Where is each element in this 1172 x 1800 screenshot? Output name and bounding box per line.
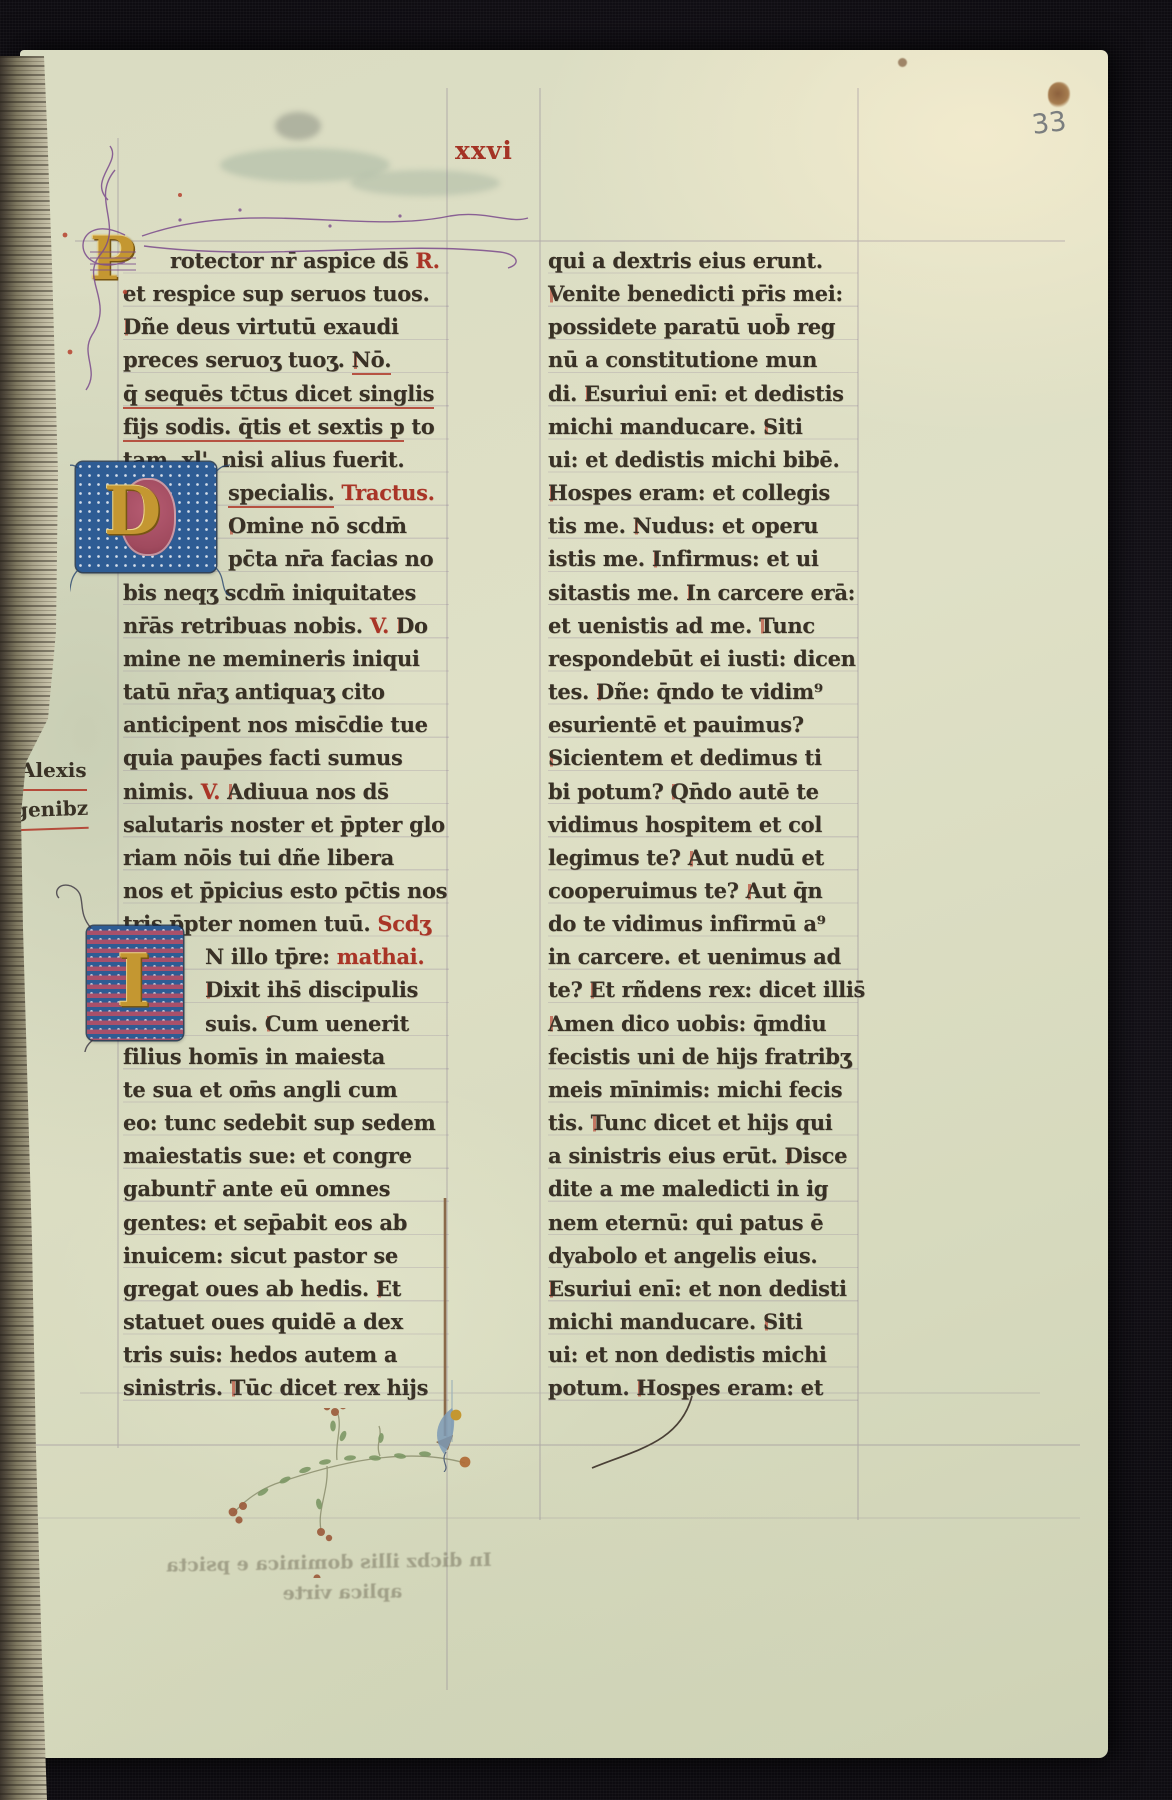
ghost-line: aplica virte — [282, 1580, 402, 1604]
margin-note: Alexis genibz — [20, 752, 88, 830]
illuminated-initial-p: P — [30, 140, 570, 400]
margin-note-line: Alexis — [20, 752, 87, 791]
initial-corner-tails — [70, 458, 230, 608]
margin-note-line: genibz — [13, 790, 89, 832]
divider-leaf-terminal — [422, 1402, 482, 1472]
illuminated-initial-i: I — [75, 922, 195, 1048]
manuscript-page: xxvi 33 P D — [20, 50, 1108, 1758]
photograph-backdrop: { "header": { "numeral": "xxvi", "folio"… — [0, 0, 1172, 1800]
illuminated-initial-d: D — [70, 458, 230, 576]
pen-tail — [592, 1396, 692, 1468]
initial-curl-tails — [45, 882, 185, 1052]
penwork-flourish — [30, 140, 570, 400]
